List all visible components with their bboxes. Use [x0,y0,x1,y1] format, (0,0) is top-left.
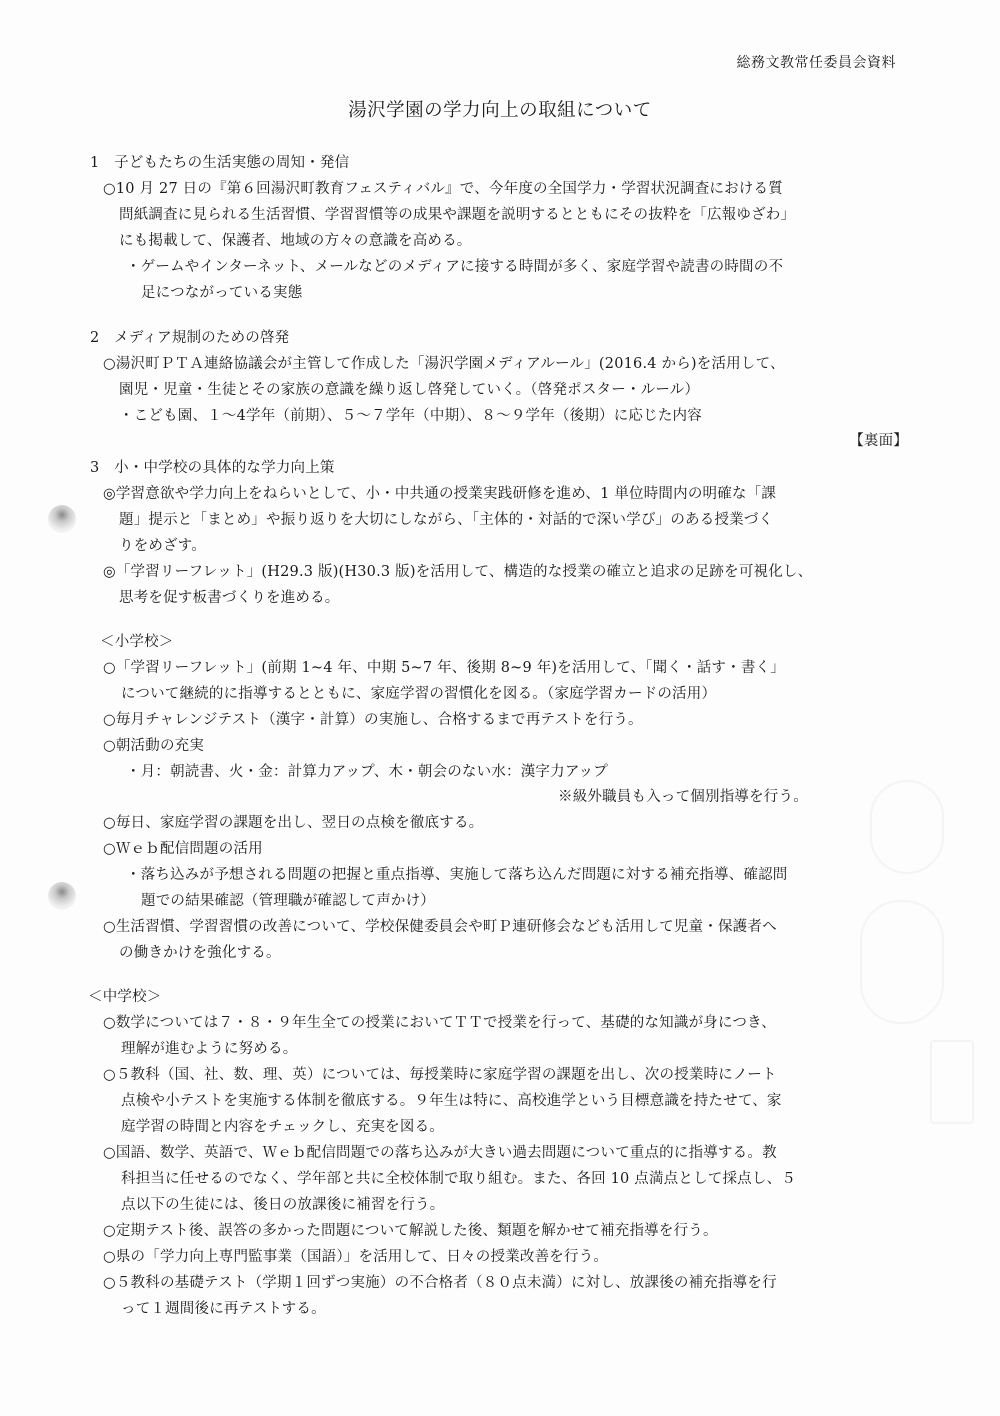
punch-hole-mark [48,882,76,910]
junior-high-line: ○県の「学力向上専門監事業（国語）」を活用して、日々の授業改善を行う。 [103,1245,608,1266]
elementary-line: ・月：朝読書、火・金：計算力アップ、木・朝会のない水：漢字力アップ [126,760,608,781]
elementary-line: ○「学習リーフレット」(前期 1~4 年、中期 5~7 年、後期 8~9 年)を… [103,656,785,677]
elementary-line: 題での結果確認（管理職が確認して声かけ） [141,889,435,910]
junior-high-line: ○定期テスト後、誤答の多かった問題について解説した後、類題を解かせて補充指導を行… [103,1219,718,1240]
junior-high-line: 理解が進むように努める。 [121,1037,297,1058]
elementary-line: ○朝活動の充実 [103,734,204,755]
elementary-staff-note: ※級外職員も入って個別指導を行う。 [558,785,808,806]
junior-high-line: ○国語、数学、英語で、Ｗｅｂ配信問題での落ち込みが大きい過去問題について重点的に… [103,1141,777,1162]
section-2-heading: 2 メディア規制のための啓発 [90,326,289,347]
junior-high-line: 点検や小テストを実施する体制を徹底する。９年生は特に、高校進学という目標意識を持… [121,1089,782,1110]
document-classification-note: 総務文教常任委員会資料 [737,52,897,72]
document-title: 湯沢学園の学力向上の取組について [0,96,1000,122]
section-1-line: 足につながっている実態 [141,281,302,302]
junior-high-line: 点以下の生徒には、後日の放課後に補習を行う。 [121,1193,444,1214]
section-3-line: りをめざす。 [119,534,206,555]
elementary-line: について継続的に指導するとともに、家庭学習の習慣化を図る。（家庭学習カードの活用… [121,682,716,703]
section-3-line: ◎「学習リーフレット」(H29.3 版)(H30.3 版)を活用して、構造的な授… [103,560,812,581]
elementary-line: ○毎日、家庭学習の課題を出し、翌日の点検を徹底する。 [103,811,483,832]
section-2-line: 園児・児童・生徒とその家族の意識を繰り返し啓発していく。（啓発ポスター・ルール） [119,378,699,399]
section-2-line: ○湯沢町ＰＴＡ連絡協議会が主管して作成した「湯沢学園メディアルール」(2016.… [103,352,785,373]
section-1-line: にも掲載して、保護者、地域の方々の意識を高める。 [119,229,472,250]
background-bleed-shape [860,900,944,1024]
junior-high-heading: ＜中学校＞ [88,985,162,1006]
elementary-heading: ＜小学校＞ [100,630,174,651]
elementary-line: ・落ち込みが予想される問題の把握と重点指導、実施して落ち込んだ問題に対する補充指… [126,863,788,884]
junior-high-line: 庭学習の時間と内容をチェックし、充実を図る。 [121,1115,444,1136]
junior-high-line: ○５教科（国、社、数、理、英）については、毎授業時に家庭学習の課題を出し、次の授… [103,1063,777,1084]
elementary-line: の働きかけを強化する。 [119,941,281,962]
junior-high-line: ○５教科の基礎テスト（学期１回ずつ実施）の不合格者（８０点未満）に対し、放課後の… [103,1271,777,1292]
section-3-line: 思考を促す板書づくりを進める。 [119,586,340,607]
elementary-line: ○生活習慣、学習習慣の改善について、学校保健委員会や町Ｐ連研修会なども活用して児… [103,915,777,936]
junior-high-line: って１週間後に再テストする。 [121,1297,326,1318]
background-bleed-shape [930,1040,974,1124]
background-bleed-shape [870,780,944,874]
section-3-heading: 3 小・中学校の具体的な学力向上策 [90,456,335,477]
section-2-reverse-note: 【裏面】 [849,429,908,450]
elementary-line: ○Ｗｅｂ配信問題の活用 [103,837,263,858]
section-1-line: 問紙調査に見られる生活習慣、学習習慣等の成果や課題を説明するとともにその抜粋を「… [119,203,795,224]
section-1-line: ・ゲームやインターネット、メールなどのメディアに接する時間が多く、家庭学習や読書… [126,255,783,276]
section-3-line: ◎学習意欲や学力向上をねらいとして、小・中共通の授業実践研修を進め、1 単位時間… [103,482,776,503]
junior-high-line: ○数学については７・８・９年生全ての授業においてＴＴで授業を行って、基礎的な知識… [103,1011,776,1032]
junior-high-line: 科担当に任せるのでなく、学年部と共に全校体制で取り組む。また、各回 10 点満点… [121,1167,796,1188]
section-1-heading: 1 子どもたちの生活実態の周知・発信 [90,151,349,172]
section-1-line: ○10 月 27 日の『第６回湯沢町教育フェスティバル』で、今年度の全国学力・学… [103,177,783,198]
punch-hole-mark [48,505,76,533]
elementary-line: ○毎月チャレンジテスト（漢字・計算）の実施し、合格するまで再テストを行う。 [103,708,643,729]
section-3-line: 題」提示と「まとめ」や振り返りを大切にしながら、「主体的・対話的で深い学び」のあ… [119,508,773,529]
section-2-line: ・こども園、１～4学年（前期）、５～７学年（中期）、８～９学年（後期）に応じた内… [119,404,702,425]
